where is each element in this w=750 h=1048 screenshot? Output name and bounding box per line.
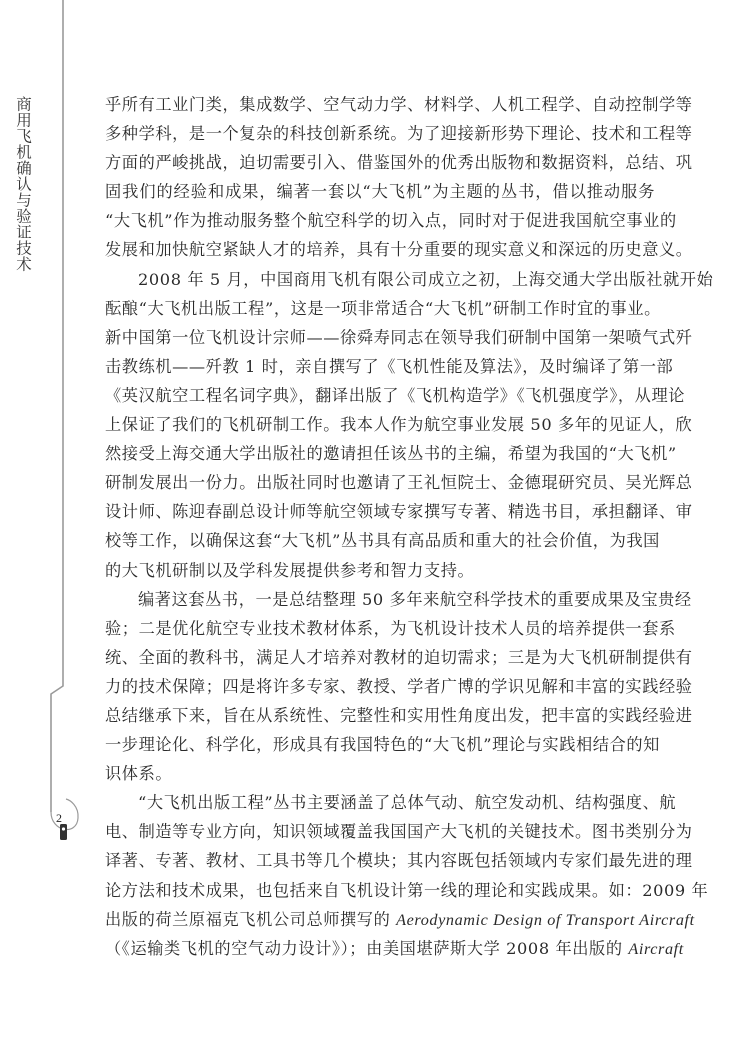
paragraph-start-line: 2008 年 5 月，中国商用飞机有限公司成立之初，上海交通大学出版社就开始 <box>105 265 655 294</box>
text-line: 研制发展出一份力。出版社同时也邀请了王礼恒院士、金德琨研究员、吴光辉总 <box>105 468 655 497</box>
italic-book-title: Aircraft <box>628 940 683 958</box>
text-line: 校等工作，以确保这套“大飞机”丛书具有高品质和重大的社会价值，为我国 <box>105 526 655 555</box>
text-line: 设计师、陈迎春副总设计师等航空领域专家撰写专著、精选书目，承担翻译、审 <box>105 497 655 526</box>
text-line: 的大飞机研制以及学科发展提供参考和智力支持。 <box>105 556 655 585</box>
text-line: 总结继承下来，旨在从系统性、完整性和实用性角度出发，把丰富的实践经验进 <box>105 701 655 730</box>
book-page: 商用飞机确认与验证技术 2 乎所有工业门类，集成数学、空气动力学、材料学、人机工… <box>0 0 750 1048</box>
text-line-mixed: （《运输类飞机的空气动力设计》）；由美国堪萨斯大学 2008 年出版的 Airc… <box>105 934 655 963</box>
text-line-mixed: 出版的荷兰原福克飞机公司总师撰写的 Aerodynamic Design of … <box>105 905 655 934</box>
text-line: 译著、专著、教材、工具书等几个模块；其内容既包括领域内专家们最先进的理 <box>105 846 655 875</box>
text-line: 击教练机——歼教 1 时，亲自撰写了《飞机性能及算法》，及时编译了第一部 <box>105 352 655 381</box>
text-line: 统、全面的教科书，满足人才培养对教材的迫切需求；三是为大飞机研制提供有 <box>105 643 655 672</box>
text-line: 上保证了我们的飞机研制工作。我本人作为航空事业发展 50 多年的见证人，欣 <box>105 410 655 439</box>
text-line: “大飞机”作为推动服务整个航空科学的切入点，同时对于促进我国航空事业的 <box>105 206 655 235</box>
text-line: 发展和加快航空紧缺人才的培养，具有十分重要的现实意义和深远的历史意义。 <box>105 235 655 264</box>
text-line: 方面的严峻挑战，迫切需要引入、借鉴国外的优秀出版物和数据资料，总结、巩 <box>105 148 655 177</box>
paragraph-start-line: “大飞机出版工程”丛书主要涵盖了总体气动、航空发动机、结构强度、航 <box>105 788 655 817</box>
text-line: 新中国第一位飞机设计宗师——徐舜寿同志在领导我们研制中国第一架喷气式歼 <box>105 323 655 352</box>
text-line: 乎所有工业门类，集成数学、空气动力学、材料学、人机工程学、自动控制学等 <box>105 90 655 119</box>
paragraph-start-line: 编著这套丛书，一是总结整理 50 多年来航空科学技术的重要成果及宝贵经 <box>105 585 655 614</box>
running-title: 商用飞机确认与验证技术 <box>14 96 32 272</box>
text-line: 《英汉航空工程名词字典》，翻译出版了《飞机构造学》《飞机强度学》，从理论 <box>105 381 655 410</box>
text-line: 验；二是优化航空专业技术教材体系，为飞机设计技术人员的培养提供一套系 <box>105 614 655 643</box>
body-text: 乎所有工业门类，集成数学、空气动力学、材料学、人机工程学、自动控制学等 多种学科… <box>105 90 655 963</box>
text-span: （《运输类飞机的空气动力设计》）；由美国堪萨斯大学 2008 年出版的 <box>105 939 628 958</box>
text-line: 力的技术保障；四是将许多专家、教授、学者广博的学识见解和丰富的实践经验 <box>105 672 655 701</box>
page-number: 2 <box>56 811 62 826</box>
text-line: 论方法和技术成果，也包括来自飞机设计第一线的理论和实践成果。如：2009 年 <box>105 876 655 905</box>
text-line: 酝酿“大飞机出版工程”，这是一项非常适合“大飞机”研制工作时宜的事业。 <box>105 294 655 323</box>
text-line: 然接受上海交通大学出版社的邀请担任该丛书的主编，希望为我国的“大飞机” <box>105 439 655 468</box>
italic-book-title: Aerodynamic Design of Transport Aircraft <box>396 911 695 929</box>
text-line: 一步理论化、科学化，形成具有我国特色的“大飞机”理论与实践相结合的知 <box>105 730 655 759</box>
text-line: 电、制造等专业方向，知识领域覆盖我国国产大飞机的关键技术。图书类别分为 <box>105 817 655 846</box>
text-line: 固我们的经验和成果，编著一套以“大飞机”为主题的丛书，借以推动服务 <box>105 177 655 206</box>
text-line: 多种学科，是一个复杂的科技创新系统。为了迎接新形势下理论、技术和工程等 <box>105 119 655 148</box>
text-line: 识体系。 <box>105 759 655 788</box>
text-span: 出版的荷兰原福克飞机公司总师撰写的 <box>105 910 396 929</box>
